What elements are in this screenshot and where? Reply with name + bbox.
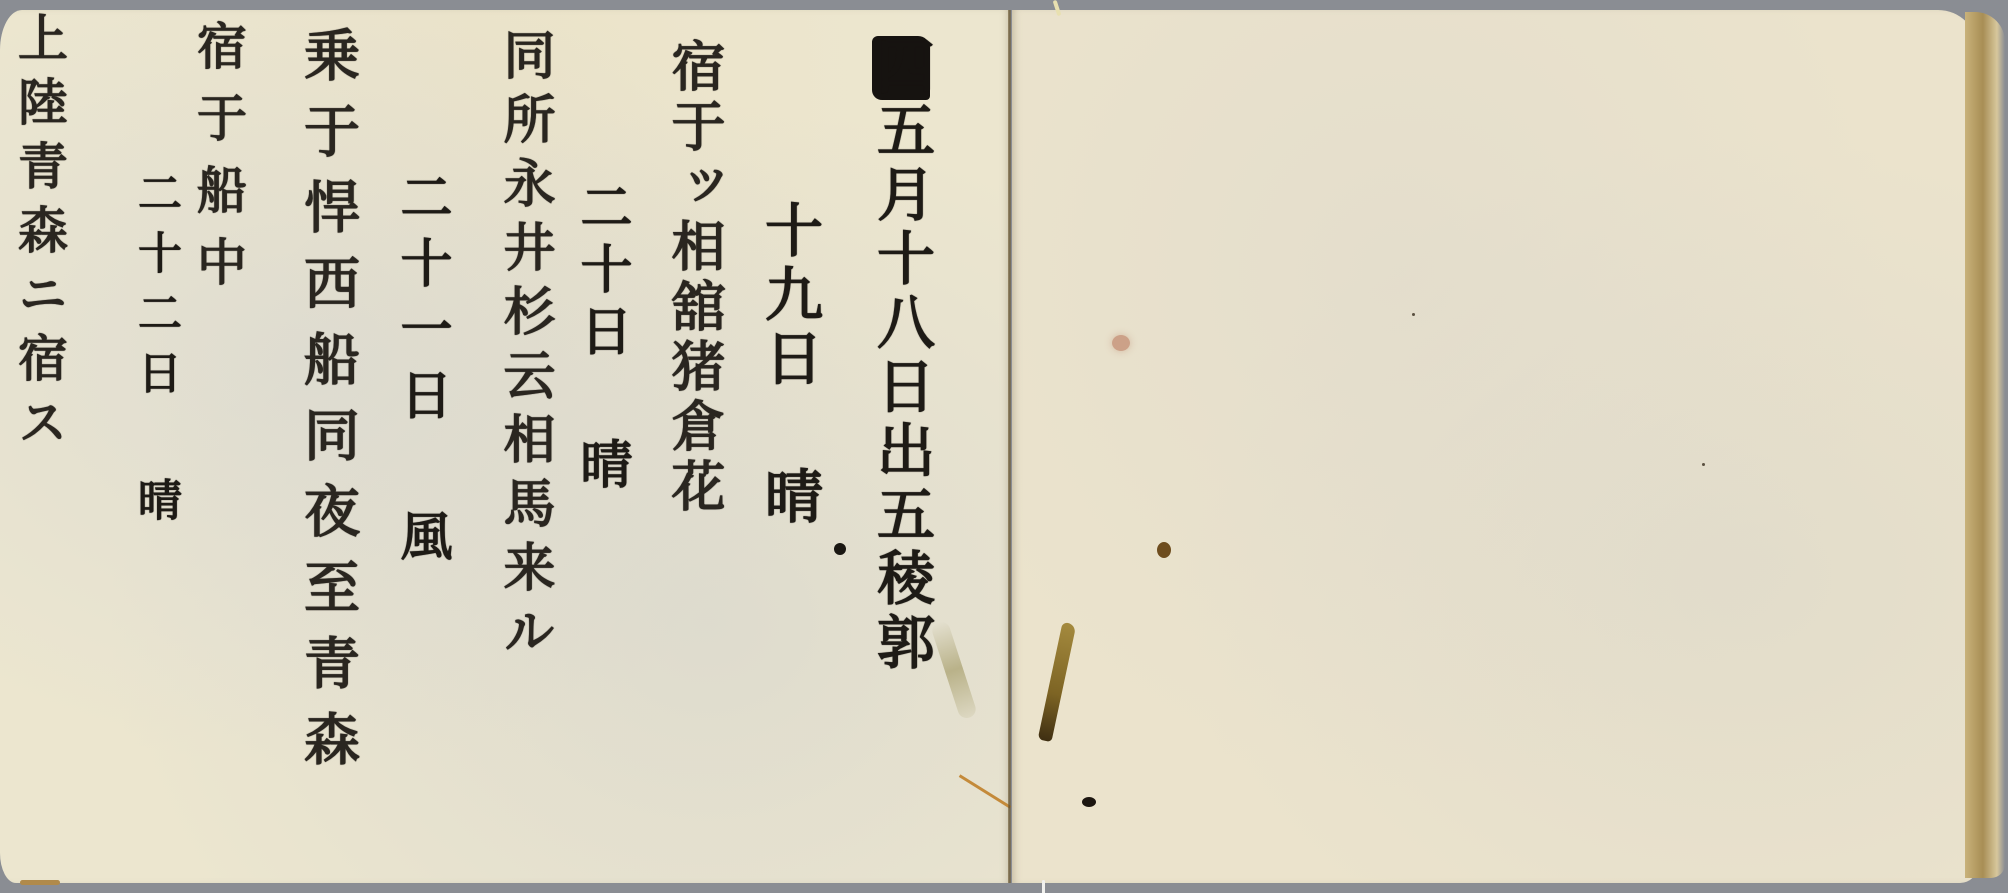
right-page	[1012, 10, 1978, 883]
column-text: 十九日 晴	[755, 200, 823, 530]
water-stain	[930, 620, 978, 721]
cover-edge	[1965, 12, 2005, 878]
text-column-6: 二十一日 風	[395, 170, 447, 575]
column-text: 上陸青森ニ宿ス	[10, 12, 69, 460]
book-spine	[1008, 10, 1011, 883]
column-text: 二十二日 晴	[130, 170, 181, 537]
dark-spot	[1082, 797, 1096, 807]
column-text: 乗于悍西船同夜至青森	[295, 26, 361, 786]
column-text: 二十日 晴	[571, 180, 632, 499]
column-text: 二十一日 風	[391, 170, 452, 575]
text-column-5: 同所永井杉云相馬来ル	[498, 28, 550, 668]
text-column-9: 二十二日 晴	[133, 170, 177, 537]
text-column-7: 乗于悍西船同夜至青森	[300, 26, 356, 786]
column-text: 同所永井杉云相馬来ル	[494, 28, 555, 668]
binding-thread-bottom	[1042, 880, 1045, 893]
scratch-mark	[959, 774, 1011, 808]
notebook-spread: 四五月十八日出五稜郭 十九日 晴 宿于ッ相舘猪倉花 二十日 晴 同所永井杉云相馬…	[0, 10, 2008, 885]
column-text: 宿于ッ相舘猪倉花	[663, 38, 727, 518]
column-text: 五月十八日出五稜郭	[867, 100, 935, 676]
ink-dot	[834, 543, 846, 555]
reddish-spot	[1112, 335, 1130, 351]
corner-stain	[20, 880, 60, 885]
column-text: 宿于船中	[189, 20, 248, 308]
text-column-2: 十九日 晴	[760, 200, 818, 530]
text-column-4: 二十日 晴	[575, 180, 627, 499]
worm-trail-stain	[1038, 622, 1077, 742]
text-column-3: 宿于ッ相舘猪倉花	[668, 38, 722, 518]
left-page: 四五月十八日出五稜郭 十九日 晴 宿于ッ相舘猪倉花 二十日 晴 同所永井杉云相馬…	[0, 10, 1010, 883]
speck	[1702, 463, 1705, 466]
text-column-10: 上陸青森ニ宿ス	[14, 12, 64, 460]
struck-out-character: 四	[872, 36, 930, 100]
speck	[1412, 313, 1415, 316]
text-column-8: 宿于船中	[193, 20, 243, 308]
text-column-1: 四五月十八日出五稜郭	[872, 36, 930, 676]
small-hole	[1157, 542, 1171, 558]
